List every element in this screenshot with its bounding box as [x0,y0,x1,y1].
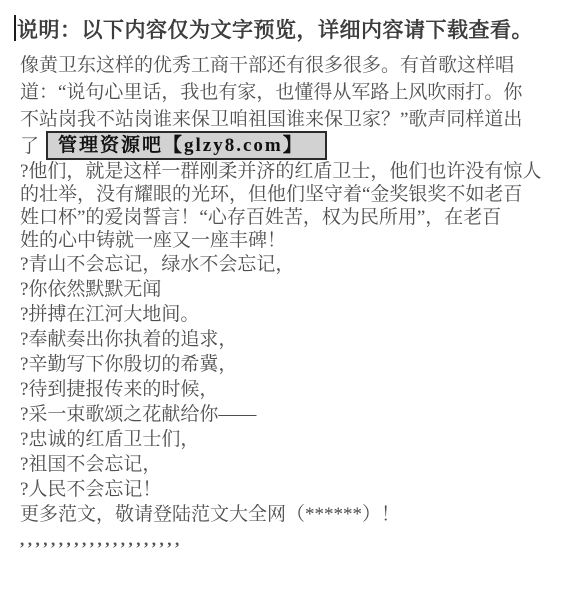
document-line: 姓口杯”的爱岗誓言！“心存百姓苦，权为民所用”，在老百 [20,206,578,229]
document-preview-page: 说明：以下内容仅为文字预览，详细内容请下载查看。 像黄卫东这样的优秀工商干部还有… [0,0,578,600]
document-line: ?祖国不会忘记， [20,452,578,477]
document-line: ?拼搏在江河大地间。 [20,302,578,327]
document-line: ?你依然默默无闻 [20,277,578,302]
document-line: ?采一束歌颂之花献给你—— [20,402,578,427]
document-line: 道：“说句心里话，我也有家，也懂得从军路上风吹雨打。你 [20,79,578,106]
document-body: 像黄卫东这样的优秀工商干部还有很多很多。有首歌这样唱道：“说句心里话，我也有家，… [20,52,578,552]
document-line: ?待到捷报传来的时候， [20,377,578,402]
document-line: 更多范文，敬请登陆范文大全网（******）！ [20,502,578,527]
watermark-box: 管理资源吧【glzy8.com】 [46,131,327,160]
document-line: ?人民不会忘记！ [20,477,578,502]
document-line: 姓的心中铸就一座又一座丰碑！ [20,229,578,252]
document-line: 不站岗我不站岗谁来保卫咱祖国谁来保卫家？”歌声同样道出 [20,106,578,133]
watermark-text: 管理资源吧【glzy8.com】 [58,135,304,156]
document-line: ,,,,,,,,,,,,,,,,,,,,, [20,527,578,552]
document-line: ?奉献奏出你执着的追求， [20,327,578,352]
document-line: 像黄卫东这样的优秀工商干部还有很多很多。有首歌这样唱 [20,52,578,79]
document-line: 的壮举，没有耀眼的光环，但他们坚守着“金奖银奖不如老百 [20,183,578,206]
text-cursor [14,15,16,41]
document-line: ?辛勤写下你殷切的希冀， [20,352,578,377]
document-line: ?他们，就是这样一群刚柔并济的红盾卫士，他们也许没有惊人 [20,160,578,183]
document-line: ?忠诚的红盾卫士们， [20,427,578,452]
preview-notice: 说明：以下内容仅为文字预览，详细内容请下载查看。 [17,14,533,44]
document-line: ?青山不会忘记，绿水不会忘记， [20,252,578,277]
